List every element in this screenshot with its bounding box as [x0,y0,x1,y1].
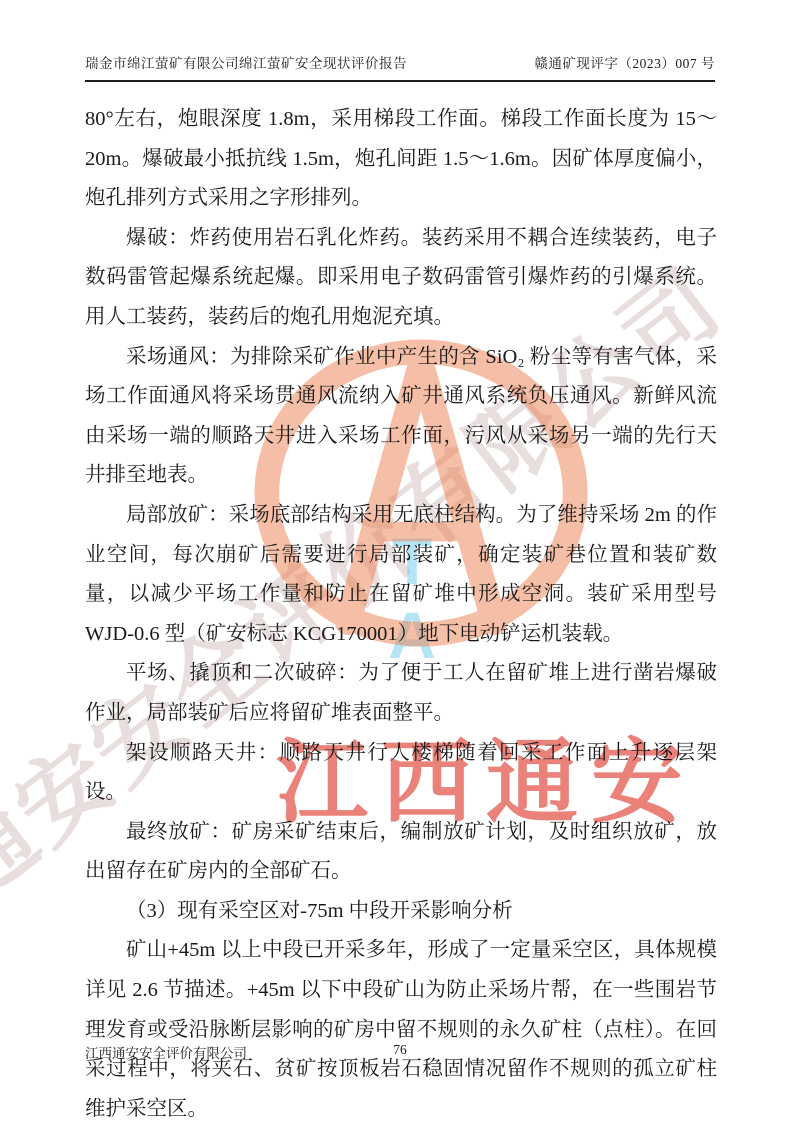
header-document-number: 赣通矿现评字（2023）007 号 [534,52,715,72]
report-page: 江西通安安全评价有限公司 TA 江西通安 瑞金市绵江萤矿有限公司绵江萤矿安全现状… [0,0,800,1131]
paragraph: 平场、撬顶和二次破碎：为了便于工人在留矿堆上进行凿岩爆破作业，局部装矿后应将留矿… [85,654,717,733]
page-number: 76 [0,1042,800,1058]
paragraph: （3）现有采空区对-75m 中段开采影响分析 [85,892,717,932]
paragraph: 采场通风：为排除采矿作业中产生的含 SiO₂ 粉尘等有害气体，采场工作面通风将采… [85,338,717,496]
document-body: 80°左右，炮眼深度 1.8m，采用梯段工作面。梯段工作面长度为 15～20m。… [85,100,717,1129]
page-header: 瑞金市绵江萤矿有限公司绵江萤矿安全现状评价报告 赣通矿现评字（2023）007 … [85,52,715,82]
paragraph: 最终放矿：矿房采矿结束后，编制放矿计划，及时组织放矿，放出留存在矿房内的全部矿石… [85,813,717,892]
paragraph: 爆破：炸药使用岩石乳化炸药。装药采用不耦合连续装药，电子数码雷管起爆系统起爆。即… [85,219,717,338]
paragraph: 矿山+45m 以上中段已开采多年，形成了一定量采空区，具体规模详见 2.6 节描… [85,931,717,1129]
paragraph: 局部放矿：采场底部结构采用无底柱结构。为了维持采场 2m 的作业空间，每次崩矿后… [85,496,717,654]
header-report-title: 瑞金市绵江萤矿有限公司绵江萤矿安全现状评价报告 [85,52,407,72]
paragraph: 架设顺路天井：顺路天井行人楼梯随着回采工作面上升逐层架设。 [85,734,717,813]
paragraph: 80°左右，炮眼深度 1.8m，采用梯段工作面。梯段工作面长度为 15～20m。… [85,100,717,219]
